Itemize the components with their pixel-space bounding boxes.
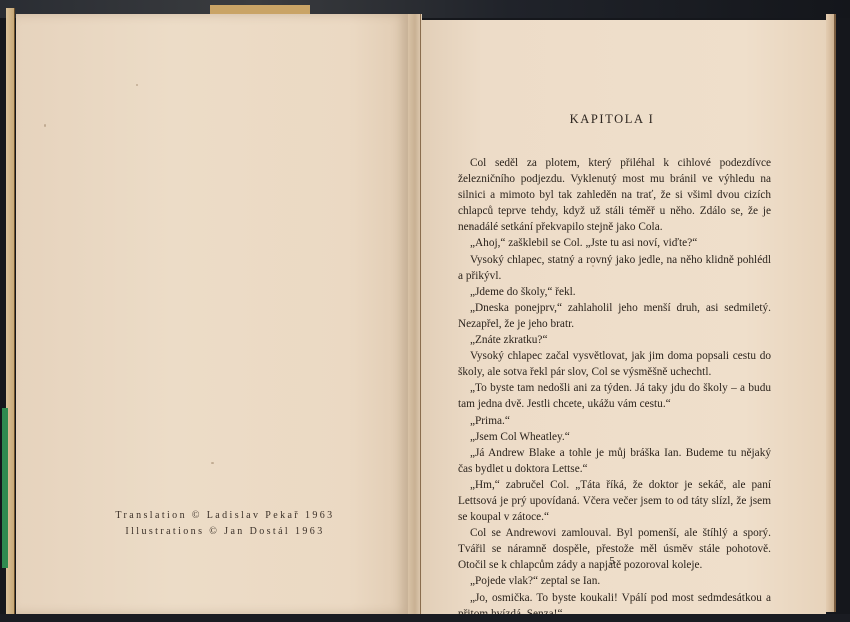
translation-credit: Translation © Ladislav Pekař 1963 (100, 508, 350, 524)
chapter-body-text: Col seděl za plotem, který přiléhal k ci… (458, 155, 771, 622)
paragraph: Vysoký chlapec, statný a rovný jako jedl… (458, 252, 771, 284)
paragraph: „Znáte zkratku?“ (458, 332, 771, 348)
gutter-fold-line (420, 14, 421, 614)
book-cover-bottom-edge (0, 614, 850, 622)
chapter-title: KAPITOLA I (422, 112, 802, 127)
paragraph: Vysoký chlapec začal vysvětlovat, jak ji… (458, 348, 771, 380)
paragraph: „To byste tam nedošli ani za týden. Já t… (458, 380, 771, 412)
paragraph: „Ahoj,“ zašklebil se Col. „Jste tu asi n… (458, 235, 771, 251)
paragraph: „Já Andrew Blake a tohle je můj bráška I… (458, 445, 771, 477)
page-number: 5 (605, 555, 619, 567)
copyright-credits: Translation © Ladislav Pekař 1963 Illust… (100, 508, 350, 540)
right-page-edge (826, 14, 836, 612)
paragraph: „Hm,“ zabručel Col. „Táta říká, že dokto… (458, 477, 771, 525)
illustrations-credit: Illustrations © Jan Dostál 1963 (100, 524, 350, 540)
paragraph: „Dneska ponejprv,“ zahlaholil jeho menší… (458, 300, 771, 332)
paper-speck (136, 84, 138, 86)
paragraph: „Prima.“ (458, 413, 771, 429)
paper-speck (211, 462, 214, 464)
paragraph: „Jdeme do školy,“ řekl. (458, 284, 771, 300)
paper-speck (44, 124, 46, 127)
cover-green-strip (2, 408, 8, 568)
paragraph: „Pojede vlak?“ zeptal se Ian. (458, 573, 771, 589)
paragraph: „Jsem Col Wheatley.“ (458, 429, 771, 445)
paragraph: Col seděl za plotem, který přiléhal k ci… (458, 155, 771, 235)
